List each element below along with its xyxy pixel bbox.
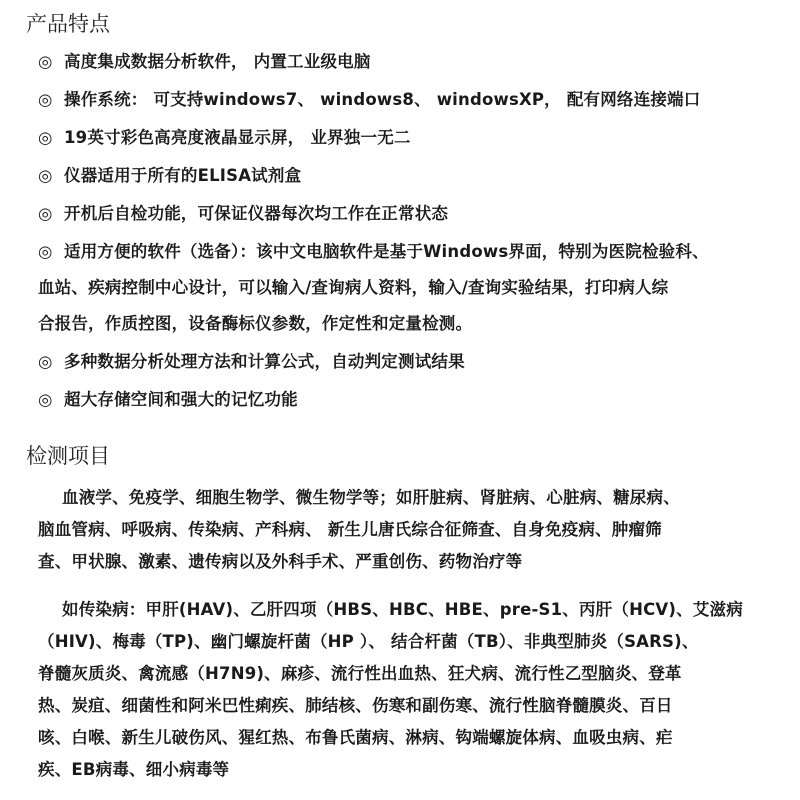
feature-item-1: ◎高度集成数据分析软件， 内置工业级电脑: [38, 48, 371, 72]
bullet-icon: ◎: [38, 352, 64, 371]
tests-heading: 检测项目: [26, 440, 110, 470]
tests-paragraph-2-line-1: 如传染病：甲肝(HAV)、乙肝四项（HBS、HBC、HBE、pre-S1、丙肝（…: [62, 596, 743, 620]
feature-item-2: ◎操作系统： 可支持windows7、 windows8、 windowsXP，…: [38, 86, 700, 110]
bullet-icon: ◎: [38, 128, 64, 147]
feature-item-6-line-2: 血站、疾病控制中心设计，可以输入/查询病人资料，输入/查询实验结果，打印病人综: [38, 274, 668, 298]
feature-item-8: ◎超大存储空间和强大的记忆功能: [38, 386, 298, 410]
feature-item-6: ◎适用方便的软件（选备）：该中文电脑软件是基于Windows界面，特别为医院检验…: [38, 238, 709, 262]
tests-paragraph-2-line-6: 疾、EB病毒、细小病毒等: [38, 756, 229, 780]
tests-paragraph-1-line-1: 血液学、免疫学、细胞生物学、微生物学等；如肝脏病、肾脏病、心脏病、糖尿病、: [62, 484, 680, 508]
feature-item-7: ◎多种数据分析处理方法和计算公式，自动判定测试结果: [38, 348, 465, 372]
bullet-icon: ◎: [38, 52, 64, 71]
product-page: 产品特点 ◎高度集成数据分析软件， 内置工业级电脑 ◎操作系统： 可支持wind…: [0, 0, 800, 800]
feature-item-6-line-3: 合报告，作质控图，设备酶标仪参数，作定性和定量检测。: [38, 310, 472, 334]
tests-paragraph-2-line-3: 脊髓灰质炎、禽流感（H7N9)、麻疹、流行性出血热、狂犬病、流行性乙型脑炎、登革: [38, 660, 682, 684]
bullet-icon: ◎: [38, 242, 64, 261]
feature-item-5: ◎开机后自检功能，可保证仪器每次均工作在正常状态: [38, 200, 448, 224]
features-heading: 产品特点: [26, 8, 110, 38]
tests-paragraph-1-line-3: 查、甲状腺、激素、遗传病以及外科手术、严重创伤、药物治疗等: [38, 548, 522, 572]
tests-paragraph-2-line-2: （HIV)、梅毒（TP)、幽门螺旋杆菌（HP ）、 结合杆菌（TB）、非典型肺炎…: [38, 628, 699, 652]
bullet-icon: ◎: [38, 166, 64, 185]
tests-paragraph-2-line-4: 热、炭疽、细菌性和阿米巴性痢疾、肺结核、伤寒和副伤寒、流行性脑脊髓膜炎、百日: [38, 692, 673, 716]
feature-item-4: ◎仪器适用于所有的ELISA试剂盒: [38, 162, 301, 186]
tests-paragraph-2-line-5: 咳、白喉、新生儿破伤风、猩红热、布鲁氏菌病、淋病、钩端螺旋体病、血吸虫病、疟: [38, 724, 673, 748]
tests-paragraph-1-line-2: 脑血管病、呼吸病、传染病、产科病、 新生儿唐氏综合征筛查、自身免疫病、肿瘤筛: [38, 516, 662, 540]
bullet-icon: ◎: [38, 390, 64, 409]
feature-item-3: ◎19英寸彩色高亮度液晶显示屏， 业界独一无二: [38, 124, 411, 148]
bullet-icon: ◎: [38, 204, 64, 223]
bullet-icon: ◎: [38, 90, 64, 109]
